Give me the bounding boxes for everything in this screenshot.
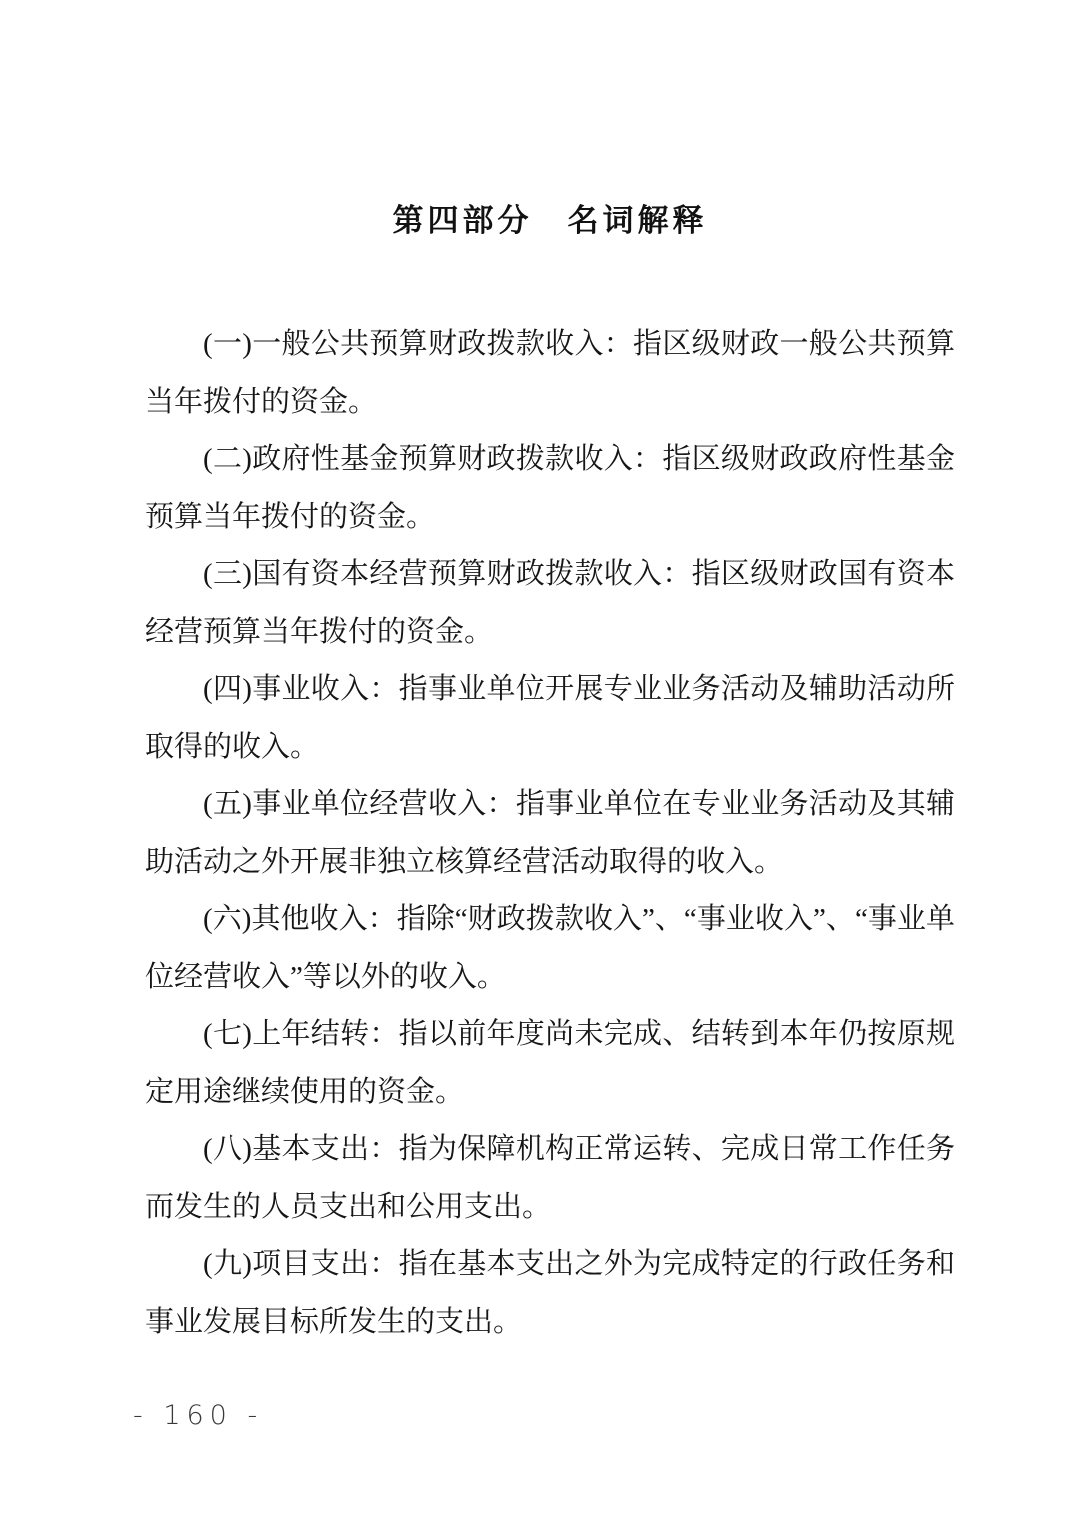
definitions-section: (一)一般公共预算财政拨款收入：指区级财政一般公共预算当年拨付的资金。 (二)政… (0, 316, 1074, 1351)
definition-paragraph: (六)其他收入：指除“财政拨款收入”、“事业收入”、“事业单位经营收入”等以外的… (145, 891, 955, 1006)
definition-paragraph: (三)国有资本经营预算财政拨款收入：指区级财政国有资本经营预算当年拨付的资金。 (145, 546, 955, 661)
definition-paragraph: (八)基本支出：指为保障机构正常运转、完成日常工作任务而发生的人员支出和公用支出… (145, 1121, 955, 1236)
page-title: 第四部分 名词解释 (0, 198, 1074, 244)
document-page: 第四部分 名词解释 (一)一般公共预算财政拨款收入：指区级财政一般公共预算当年拨… (0, 0, 1074, 1520)
definition-paragraph: (二)政府性基金预算财政拨款收入：指区级财政政府性基金预算当年拨付的资金。 (145, 431, 955, 546)
definition-paragraph: (七)上年结转：指以前年度尚未完成、结转到本年仍按原规定用途继续使用的资金。 (145, 1006, 955, 1121)
definition-paragraph: (四)事业收入：指事业单位开展专业业务活动及辅助活动所取得的收入。 (145, 661, 955, 776)
definition-paragraph: (九)项目支出：指在基本支出之外为完成特定的行政任务和事业发展目标所发生的支出。 (145, 1236, 955, 1351)
definition-paragraph: (五)事业单位经营收入：指事业单位在专业业务活动及其辅助活动之外开展非独立核算经… (145, 776, 955, 891)
page-number: - 160 - (133, 1400, 263, 1431)
definition-paragraph: (一)一般公共预算财政拨款收入：指区级财政一般公共预算当年拨付的资金。 (145, 316, 955, 431)
